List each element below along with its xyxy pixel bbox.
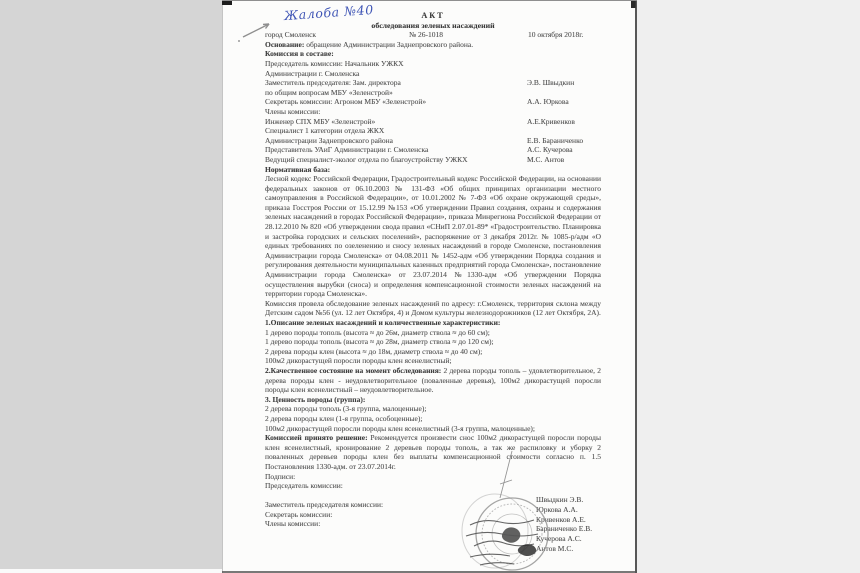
normative-header: Нормативная база:	[265, 165, 601, 175]
commission-role: Специалист 1 категории отдела ЖКХ	[265, 126, 384, 135]
commission-name: А.С. Кучерова	[527, 145, 573, 155]
round-stamp	[450, 439, 580, 573]
tree-item: 1 дерево породы тополь (высота ≈ до 28м,…	[265, 337, 601, 347]
meta-line: город Смоленск № 26-1018 10 октября 2018…	[265, 30, 601, 40]
commission-row: Администрации г. Смоленска	[265, 69, 601, 79]
section1-header: 1.Описание зеленых насаждений и количест…	[265, 318, 601, 328]
meta-date: 10 октября 2018г.	[528, 30, 583, 40]
commission-name: М.С. Антов	[527, 155, 564, 165]
commission-row: Инженер СПХ МБУ «Зеленстрой»А.Е.Кривенко…	[265, 117, 601, 127]
commission-role: Представитель УАиГ Администрации г. Смол…	[265, 145, 428, 154]
commission-row: Представитель УАиГ Администрации г. Смол…	[265, 145, 601, 155]
value-item: 2 дерева породы клен (1-я группа, особоц…	[265, 414, 601, 424]
commission-role: Члены комиссии:	[265, 107, 320, 116]
commission-row: Специалист 1 категории отдела ЖКХ	[265, 126, 601, 136]
tree-item: 2 дерева породы клен (высота ≈ до 18м, д…	[265, 347, 601, 357]
commission-row: Секретарь комиссии: Агроном МБУ «Зеленст…	[265, 97, 601, 107]
basis-text: обращение Администрации Заднепровского р…	[304, 40, 473, 49]
commission-role: Администрации г. Смоленска	[265, 69, 359, 78]
commission-role: Инженер СПХ МБУ «Зеленстрой»	[265, 117, 375, 126]
commission-name: Е.В. Бараниченко	[527, 136, 583, 146]
survey-paragraph: Комиссия провела обследование зеленых на…	[265, 299, 601, 318]
commission-name: А.Е.Кривенков	[527, 117, 575, 127]
tree-item: 100м2 дикорастущей поросли породы клен я…	[265, 356, 601, 366]
scanner-background-right	[637, 0, 860, 573]
commission-row: Администрации Заднепровского районаЕ.В. …	[265, 136, 601, 146]
commission-role: Заместитель председателя: Зам. директора	[265, 78, 401, 87]
commission-name: А.А. Юркова	[527, 97, 569, 107]
meta-number: № 26-1018	[409, 30, 443, 40]
scanned-document-view: Жалоба №40 АКТ обследования зеленых наса…	[0, 0, 860, 573]
scan-corner-mark-left	[222, 1, 232, 5]
scanner-background-left	[0, 0, 222, 569]
tree-item: 1 дерево породы тополь (высота ≈ до 26м,…	[265, 328, 601, 338]
basis-label: Основание:	[265, 40, 304, 49]
meta-city: город Смоленск	[265, 30, 316, 40]
commission-role: Ведущий специалист-эколог отдела по благ…	[265, 155, 468, 164]
page-subtitle: обследования зеленых насаждений	[265, 21, 601, 31]
value-item: 100м2 дикорастущей поросли породы клен я…	[265, 424, 601, 434]
normative-paragraph: Лесной кодекс Российской Федерации, Град…	[265, 174, 601, 299]
page-title: АКТ	[265, 11, 601, 21]
document-page: Жалоба №40 АКТ обследования зеленых наса…	[222, 0, 637, 573]
section3-header: 3. Ценность породы (группа):	[265, 395, 601, 405]
commission-role: по общим вопросам МБУ «Зеленстрой»	[265, 88, 393, 97]
pen-stroke-marks	[500, 451, 512, 498]
commission-role: Администрации Заднепровского района	[265, 136, 393, 145]
section2-paragraph: 2.Качественное состояние на момент обсле…	[265, 366, 601, 395]
decision-label: Комиссией принято решение:	[265, 433, 368, 442]
commission-role: Председатель комиссии: Начальник УЖКХ	[265, 59, 404, 68]
commission-row: Члены комиссии:	[265, 107, 601, 117]
commission-row: Председатель комиссии: Начальник УЖКХ	[265, 59, 601, 69]
commission-header: Комиссия в составе:	[265, 49, 601, 59]
commission-row: Ведущий специалист-эколог отдела по благ…	[265, 155, 601, 165]
basis-line: Основание: обращение Администрации Задне…	[265, 40, 601, 50]
commission-role: Секретарь комиссии: Агроном МБУ «Зеленст…	[265, 97, 426, 106]
scan-edge-right	[635, 1, 637, 573]
commission-name: Э.В. Швыдкин	[527, 78, 574, 88]
section2-label: 2.Качественное состояние на момент обсле…	[265, 366, 441, 375]
commission-row: Заместитель председателя: Зам. директора…	[265, 78, 601, 88]
commission-row: по общим вопросам МБУ «Зеленстрой»	[265, 88, 601, 98]
value-item: 2 дерева породы тополь (3-я группа, мало…	[265, 404, 601, 414]
